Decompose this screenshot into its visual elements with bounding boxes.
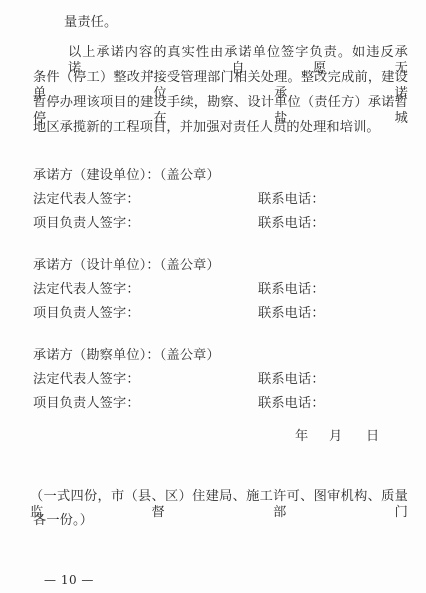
- section-heading: 承诺方（勘察单位）：（盖公章）: [33, 348, 220, 364]
- page-number: — 10 —: [44, 573, 94, 587]
- section-heading: 承诺方（设计单位）：（盖公章）: [33, 258, 220, 274]
- legal-rep-signature-label: 法定代表人签字：: [33, 282, 140, 298]
- date-day-label: 日: [366, 429, 379, 445]
- document-page: 量责任。 以上承诺内容的真实性由承诺单位签字负责。如违反承诺，自愿无 条件（停工…: [0, 0, 426, 593]
- carryover-text: 量责任。: [64, 15, 117, 31]
- contact-phone-label: 联系电话：: [258, 306, 325, 322]
- contact-phone-label: 联系电话：: [258, 192, 325, 208]
- contact-phone-label: 联系电话：: [258, 282, 325, 298]
- date-year-label: 年: [295, 429, 308, 445]
- section-heading: 承诺方（建设单位）：（盖公章）: [33, 168, 220, 184]
- project-lead-signature-label: 项目负责人签字：: [33, 396, 140, 412]
- date-month-label: 月: [329, 429, 342, 445]
- project-lead-signature-label: 项目负责人签字：: [33, 306, 140, 322]
- paragraph-line: 地区承揽新的工程项目，并加强对责任人员的处理和培训。: [33, 120, 380, 136]
- contact-phone-label: 联系电话：: [258, 216, 325, 232]
- contact-phone-label: 联系电话：: [258, 396, 325, 412]
- legal-rep-signature-label: 法定代表人签字：: [33, 372, 140, 388]
- contact-phone-label: 联系电话：: [258, 372, 325, 388]
- project-lead-signature-label: 项目负责人签字：: [33, 216, 140, 232]
- legal-rep-signature-label: 法定代表人签字：: [33, 192, 140, 208]
- footnote-line: 各一份。）: [33, 513, 93, 529]
